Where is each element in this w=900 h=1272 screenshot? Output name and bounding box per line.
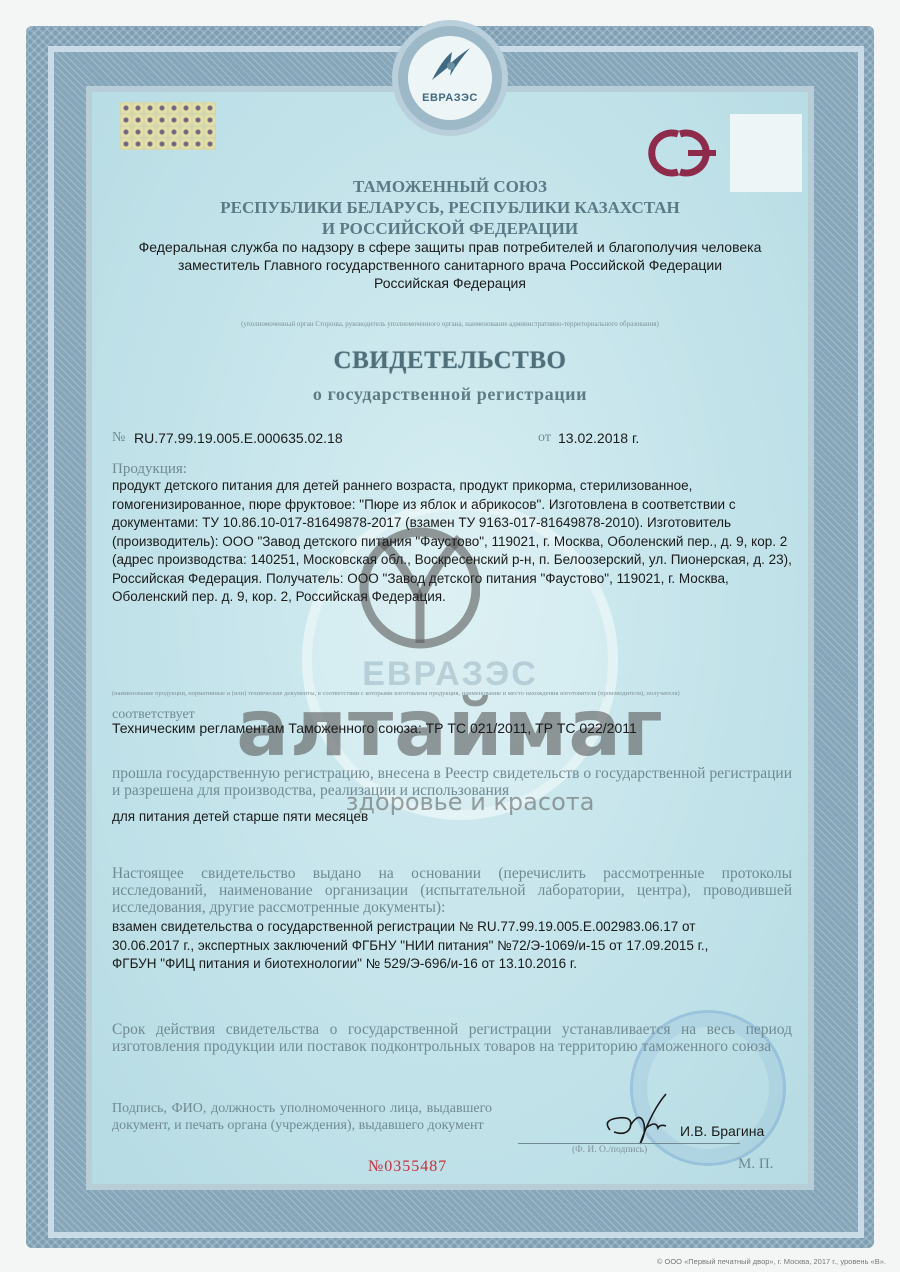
conformity-mark-icon [640,124,724,182]
issuing-agency: Федеральная служба по надзору в сфере за… [110,238,790,292]
signature-icon [600,1090,680,1150]
emblem-label: ЕВРАЗЭС [408,92,492,104]
validity-statement: Срок действия свидетельства о государств… [112,1021,792,1055]
product-label: Продукция: [112,461,187,478]
agency-caption: (уполномоченный орган Стороны, руководит… [110,320,790,328]
eurasec-emblem: ЕВРАЗЭС [398,26,502,130]
product-caption: (наименование продукции, нормативные и (… [112,690,802,697]
registration-purpose: для питания детей старше пяти месяцев [112,809,368,824]
registration-statement: прошла государственную регистрацию, внес… [112,765,792,799]
conformity-value: Техническим регламентам Таможенного союз… [112,720,637,736]
signature-line [518,1143,740,1144]
fio-caption: (Ф. И. О./подпись) [572,1145,647,1155]
document-subtitle: о государственной регистрации [150,384,750,405]
customs-union-heading: ТАМОЖЕННЫЙ СОЮЗ РЕСПУБЛИКИ БЕЛАРУСЬ, РЕС… [150,176,750,239]
signature-label: Подпись, ФИО, должность уполномоченного … [112,1100,492,1134]
signer-name: И.В. Брагина [680,1123,764,1139]
hologram-patch [120,102,216,150]
certificate-number: RU.77.99.19.005.Е.000635.02.18 [134,430,343,446]
seal-label: М. П. [738,1156,773,1173]
date-label: от [538,430,551,446]
eurasec-logo-icon [428,46,474,86]
basis-label: Настоящее свидетельство выдано на основа… [112,865,792,916]
form-serial-number: №0355487 [368,1158,447,1176]
number-label: № [112,430,125,446]
document-title: СВИДЕТЕЛЬСТВО [150,347,750,375]
basis-documents: взамен свидетельства о государственной р… [112,918,802,974]
certificate-date: 13.02.2018 г. [558,430,639,446]
certificate-page: ЕВРАЗЭС ЕВРАЗЭС ТАМОЖЕННЫЙ СОЮЗ РЕСПУБЛИ… [0,0,900,1272]
printer-imprint: © ООО «Первый печатный двор», г. Москва,… [657,1257,886,1266]
product-description: продукт детского питания для детей ранне… [112,477,792,607]
